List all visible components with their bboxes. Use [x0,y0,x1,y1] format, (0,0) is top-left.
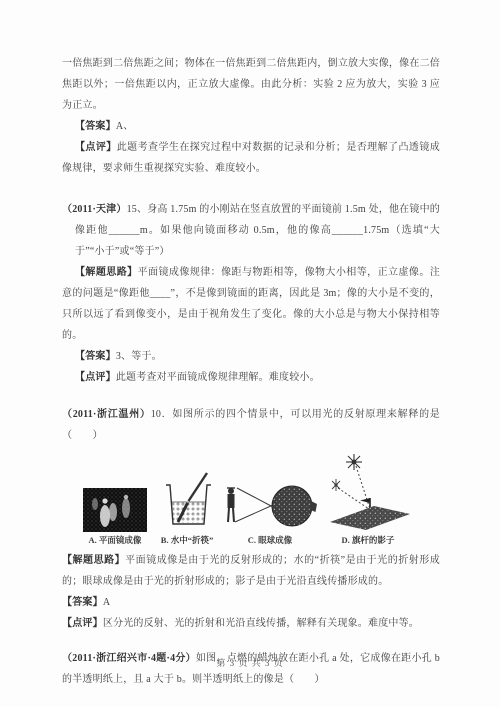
comment-tag: 【点评】 [75,142,117,153]
question-analysis-text: 一倍焦距到二倍焦距之间；物体在一倍焦距到二倍焦距内，倒立放大实像，像在二倍焦距以… [62,53,440,116]
page-footer: 第 3 页 共 3 页 [0,656,500,669]
figure-c: C. 眼球成像 [220,478,320,546]
question-text: 15、身高 1.75m 的小刚站在竖直放置的平面镜前 1.5m 处，他在镜中的像… [75,204,440,257]
sun-shadow-icon [324,452,412,532]
question-source-header: （2011·天津） [62,204,127,215]
comment-line: 【点评】此题考查学生在探究过程中对数据的记录和分析；是否理解了凸透镜成像规律，要… [62,137,440,179]
solution-tag: 【解题思路】 [62,555,125,566]
solution-text: 平面镜成像规律：像距与物距相等，像物大小相等，正立虚像。注意的问题是“像距他__… [62,267,440,341]
document-page: 一倍焦距到二倍焦距之间；物体在一倍焦距到二倍焦距内，倒立放大实像，像在二倍焦距以… [0,0,500,707]
beaker-icon [161,472,213,532]
answer-tag: 【答案】 [62,597,103,608]
solution-tag: 【解题思路】 [75,267,138,278]
answer-value: 3、等于。 [116,351,162,362]
answer-line: 【答案】A [62,592,440,613]
figure-label: A. 平面镜成像 [89,535,142,546]
section-lens-rule: 一倍焦距到二倍焦距之间；物体在一倍焦距到二倍焦距内，倒立放大实像，像在二倍焦距以… [62,53,440,179]
eyeball-icon [223,478,317,532]
figure-b: B. 水中“折筷” [154,472,220,546]
question-body: （2011·天津）15、身高 1.75m 的小刚站在竖直放置的平面镜前 1.5m… [62,199,440,262]
page-content: 一倍焦距到二倍焦距之间；物体在一倍焦距到二倍焦距内，倒立放大实像，像在二倍焦距以… [62,53,440,690]
mirror-photo-image [83,488,147,532]
solution-line: 【解题思路】平面镜成像是由于光的反射形成的；水的“折筷”是由于光的折射形成的；眼… [62,550,440,592]
comment-tag: 【点评】 [62,618,103,629]
section-shaoxing-q4: （2011·浙江绍兴市·4题·4分）如图，点燃的蜡烛放在距小孔 a 处，它成像在… [62,648,440,690]
figure-d: D. 旗杆的影子 [320,452,416,546]
comment-line: 【点评】区分光的反射、光的折射和光沿直线传播，解释有关现象。难度中等。 [62,613,440,634]
section-wenzhou-q10: （2011·浙江温州）10．如图所示的四个情景中，可以用光的反射原理来解释的是（… [62,404,440,634]
answer-value: A、 [116,121,134,132]
figure-label: C. 眼球成像 [248,535,292,546]
comment-line: 【点评】此题考查对平面镜成像规律理解。难度较小。 [62,367,440,388]
answer-line: 【答案】A、 [62,116,440,137]
figure-label: D. 旗杆的影子 [342,535,395,546]
figure-a: A. 平面镜成像 [76,488,154,546]
question-body: （2011·浙江温州）10．如图所示的四个情景中，可以用光的反射原理来解释的是（… [62,404,440,446]
question-body: （2011·浙江绍兴市·4题·4分）如图，点燃的蜡烛放在距小孔 a 处，它成像在… [62,648,440,690]
comment-text: 此题考查学生在探究过程中对数据的记录和分析；是否理解了凸透镜成像规律，要求师生重… [62,142,440,174]
comment-text: 此题考查对平面镜成像规律理解。难度较小。 [116,372,320,383]
solution-line: 【解题思路】平面镜成像规律：像距与物距相等，像物大小相等，正立虚像。注意的问题是… [62,262,440,346]
comment-tag: 【点评】 [75,372,116,383]
question-source-header: （2011·浙江温州） [62,409,151,420]
figure-label: B. 水中“折筷” [161,535,213,546]
answer-tag: 【答案】 [75,351,116,362]
answer-line: 【答案】3、等于。 [62,346,440,367]
section-tianjin-q15: （2011·天津）15、身高 1.75m 的小刚站在竖直放置的平面镜前 1.5m… [62,199,440,388]
comment-text: 区分光的反射、光的折射和光沿直线传播，解释有关现象。难度中等。 [103,618,419,629]
figure-row: A. 平面镜成像 B. 水中“折筷” [76,452,440,546]
answer-value: A [103,597,110,608]
answer-tag: 【答案】 [75,121,116,132]
